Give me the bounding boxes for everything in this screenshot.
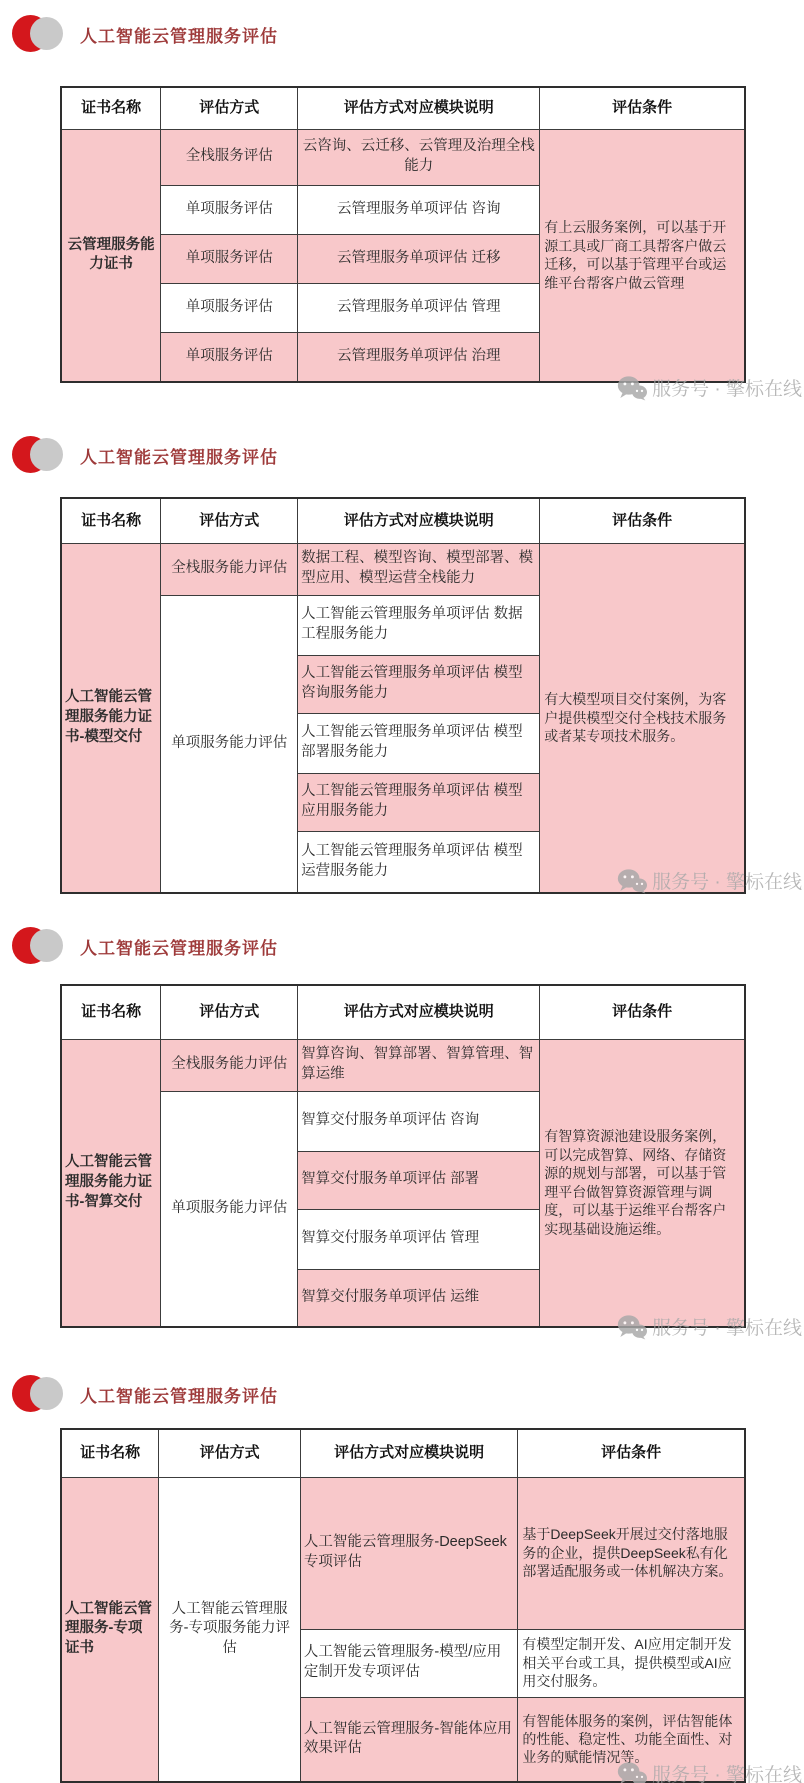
condition-cell: 有上云服务案例，可以基于开源工具或厂商工具帮客户做云迁移，可以基于管理平台或运维… xyxy=(540,129,745,382)
module-cell: 智算交付服务单项评估 管理 xyxy=(298,1209,540,1269)
section-model-delivery: 人工智能云管理服务评估 证书名称评估方式评估方式对应模块说明评估条件人工智能云管… xyxy=(0,383,804,894)
method-cell: 全栈服务能力评估 xyxy=(161,1039,298,1091)
module-cell: 人工智能云管理服务单项评估 模型运营服务能力 xyxy=(298,831,540,893)
column-header: 证书名称 xyxy=(61,498,161,543)
table-container: 证书名称评估方式评估方式对应模块说明评估条件人工智能云管理服务能力证书-模型交付… xyxy=(0,497,804,894)
column-header: 评估方式 xyxy=(161,87,298,129)
method-cell: 全栈服务评估 xyxy=(161,129,298,185)
module-cell: 云管理服务单项评估 咨询 xyxy=(298,185,540,234)
section-header: 人工智能云管理服务评估 xyxy=(0,435,804,475)
method-cell: 人工智能云管理服务-专项服务能力评估 xyxy=(159,1477,301,1782)
method-cell: 单项服务能力评估 xyxy=(161,1091,298,1327)
logo-gray-circle-icon xyxy=(30,929,63,962)
table-container: 证书名称评估方式评估方式对应模块说明评估条件人工智能云管理服务-专项证书人工智能… xyxy=(0,1428,804,1783)
wechat-icon xyxy=(617,1314,647,1340)
logo-gray-circle-icon xyxy=(30,438,63,471)
module-cell: 人工智能云管理服务-DeepSeek专项评估 xyxy=(300,1477,518,1629)
brand-logo-icon xyxy=(12,1375,66,1413)
method-cell: 单项服务能力评估 xyxy=(161,595,298,893)
brand-logo-icon xyxy=(12,927,66,965)
column-header: 证书名称 xyxy=(61,985,161,1039)
header-row: 证书名称评估方式评估方式对应模块说明评估条件 xyxy=(61,498,745,543)
module-cell: 智算交付服务单项评估 运维 xyxy=(298,1269,540,1327)
watermark: 服务号 · 擎标在线 xyxy=(617,1313,802,1340)
column-header: 评估条件 xyxy=(540,498,745,543)
column-header: 评估条件 xyxy=(540,87,745,129)
certificate-cell: 云管理服务能力证书 xyxy=(61,129,161,382)
header-row: 证书名称评估方式评估方式对应模块说明评估条件 xyxy=(61,1429,745,1477)
certificate-cell: 人工智能云管理服务-专项证书 xyxy=(61,1477,159,1782)
certificate-cell: 人工智能云管理服务能力证书-智算交付 xyxy=(61,1039,161,1327)
module-cell: 人工智能云管理服务单项评估 数据工程服务能力 xyxy=(298,595,540,655)
column-header: 证书名称 xyxy=(61,1429,159,1477)
logo-gray-circle-icon xyxy=(30,1377,63,1410)
logo-gray-circle-icon xyxy=(30,17,63,50)
method-cell: 单项服务评估 xyxy=(161,185,298,234)
evaluation-table: 证书名称评估方式评估方式对应模块说明评估条件人工智能云管理服务-专项证书人工智能… xyxy=(60,1428,746,1783)
watermark-text: 服务号 · 擎标在线 xyxy=(652,1760,802,1783)
module-cell: 人工智能云管理服务单项评估 模型咨询服务能力 xyxy=(298,655,540,713)
table-container: 证书名称评估方式评估方式对应模块说明评估条件云管理服务能力证书全栈服务评估云咨询… xyxy=(0,86,804,383)
header-row: 证书名称评估方式评估方式对应模块说明评估条件 xyxy=(61,87,745,129)
evaluation-table: 证书名称评估方式评估方式对应模块说明评估条件人工智能云管理服务能力证书-智算交付… xyxy=(60,984,746,1328)
module-cell: 智算交付服务单项评估 部署 xyxy=(298,1151,540,1209)
column-header: 证书名称 xyxy=(61,87,161,129)
column-header: 评估方式 xyxy=(161,498,298,543)
watermark: 服务号 · 擎标在线 xyxy=(617,867,802,894)
module-cell: 人工智能云管理服务-智能体应用效果评估 xyxy=(300,1697,518,1782)
watermark: 服务号 · 擎标在线 xyxy=(617,374,802,401)
section-cloud-management: 人工智能云管理服务评估 证书名称评估方式评估方式对应模块说明评估条件云管理服务能… xyxy=(0,0,804,383)
table-container: 证书名称评估方式评估方式对应模块说明评估条件人工智能云管理服务能力证书-智算交付… xyxy=(0,984,804,1328)
watermark-text: 服务号 · 擎标在线 xyxy=(652,374,802,401)
watermark-text: 服务号 · 擎标在线 xyxy=(652,867,802,894)
module-cell: 智算交付服务单项评估 咨询 xyxy=(298,1091,540,1151)
column-header: 评估条件 xyxy=(518,1429,745,1477)
column-header: 评估条件 xyxy=(540,985,745,1039)
wechat-icon xyxy=(617,1761,647,1783)
module-cell: 人工智能云管理服务单项评估 模型部署服务能力 xyxy=(298,713,540,773)
condition-cell: 基于DeepSeek开展过交付落地服务的企业，提供DeepSeek私有化部署适配… xyxy=(518,1477,745,1629)
section-intelligent-computing: 人工智能云管理服务评估 证书名称评估方式评估方式对应模块说明评估条件人工智能云管… xyxy=(0,894,804,1328)
column-header: 评估方式对应模块说明 xyxy=(300,1429,518,1477)
module-cell: 智算咨询、智算部署、智算管理、智算运维 xyxy=(298,1039,540,1091)
column-header: 评估方式对应模块说明 xyxy=(298,87,540,129)
brand-logo-icon xyxy=(12,436,66,474)
section-special-certificate: 人工智能云管理服务评估 证书名称评估方式评估方式对应模块说明评估条件人工智能云管… xyxy=(0,1328,804,1783)
evaluation-table: 证书名称评估方式评估方式对应模块说明评估条件人工智能云管理服务能力证书-模型交付… xyxy=(60,497,746,894)
column-header: 评估方式 xyxy=(161,985,298,1039)
table-row: 人工智能云管理服务-专项证书人工智能云管理服务-专项服务能力评估人工智能云管理服… xyxy=(61,1477,745,1629)
evaluation-table: 证书名称评估方式评估方式对应模块说明评估条件云管理服务能力证书全栈服务评估云咨询… xyxy=(60,86,746,383)
section-title: 人工智能云管理服务评估 xyxy=(80,1382,278,1407)
module-cell: 云管理服务单项评估 迁移 xyxy=(298,234,540,283)
module-cell: 云管理服务单项评估 治理 xyxy=(298,332,540,382)
brand-logo-icon xyxy=(12,15,66,53)
watermark: 服务号 · 擎标在线 xyxy=(617,1760,802,1783)
column-header: 评估方式 xyxy=(159,1429,301,1477)
section-header: 人工智能云管理服务评估 xyxy=(0,1374,804,1414)
module-cell: 云管理服务单项评估 管理 xyxy=(298,283,540,332)
method-cell: 全栈服务能力评估 xyxy=(161,543,298,595)
method-cell: 单项服务评估 xyxy=(161,332,298,382)
module-cell: 云咨询、云迁移、云管理及治理全栈能力 xyxy=(298,129,540,185)
section-title: 人工智能云管理服务评估 xyxy=(80,22,278,47)
section-title: 人工智能云管理服务评估 xyxy=(80,443,278,468)
section-title: 人工智能云管理服务评估 xyxy=(80,934,278,959)
certificate-cell: 人工智能云管理服务能力证书-模型交付 xyxy=(61,543,161,893)
condition-cell: 有智算资源池建设服务案例，可以完成智算、网络、存储资源的规划与部署，可以基于管理… xyxy=(540,1039,745,1327)
table-row: 云管理服务能力证书全栈服务评估云咨询、云迁移、云管理及治理全栈能力有上云服务案例… xyxy=(61,129,745,185)
watermark-text: 服务号 · 擎标在线 xyxy=(652,1313,802,1340)
table-row: 人工智能云管理服务能力证书-模型交付全栈服务能力评估数据工程、模型咨询、模型部署… xyxy=(61,543,745,595)
column-header: 评估方式对应模块说明 xyxy=(298,985,540,1039)
module-cell: 人工智能云管理服务单项评估 模型应用服务能力 xyxy=(298,773,540,831)
method-cell: 单项服务评估 xyxy=(161,283,298,332)
column-header: 评估方式对应模块说明 xyxy=(298,498,540,543)
table-row: 人工智能云管理服务能力证书-智算交付全栈服务能力评估智算咨询、智算部署、智算管理… xyxy=(61,1039,745,1091)
wechat-icon xyxy=(617,375,647,401)
condition-cell: 有模型定制开发、AI应用定制开发相关平台或工具，提供模型或AI应用交付服务。 xyxy=(518,1629,745,1697)
wechat-icon xyxy=(617,868,647,894)
section-header: 人工智能云管理服务评估 xyxy=(0,926,804,966)
header-row: 证书名称评估方式评估方式对应模块说明评估条件 xyxy=(61,985,745,1039)
condition-cell: 有大模型项目交付案例，为客户提供模型交付全栈技术服务或者某专项技术服务。 xyxy=(540,543,745,893)
module-cell: 数据工程、模型咨询、模型部署、模型应用、模型运营全栈能力 xyxy=(298,543,540,595)
section-header: 人工智能云管理服务评估 xyxy=(0,14,804,54)
method-cell: 单项服务评估 xyxy=(161,234,298,283)
module-cell: 人工智能云管理服务-模型/应用定制开发专项评估 xyxy=(300,1629,518,1697)
